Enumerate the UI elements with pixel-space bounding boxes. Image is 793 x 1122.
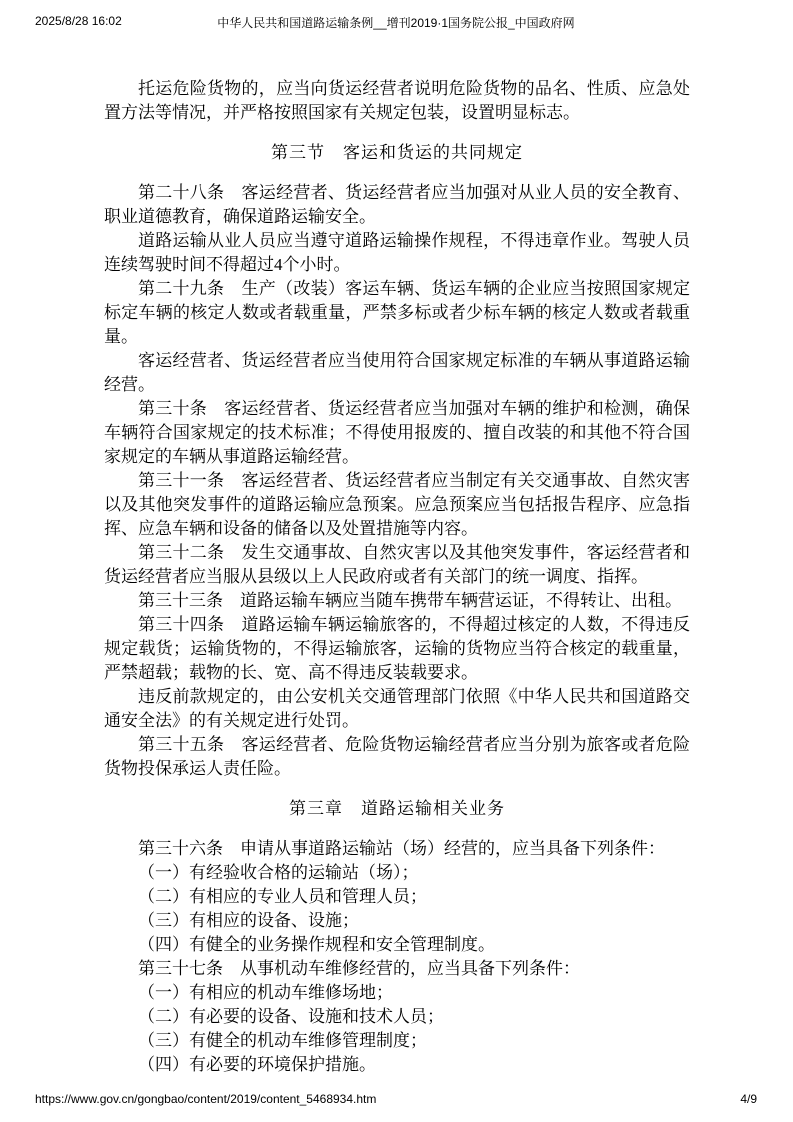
section-heading: 第三章 道路运输相关业务 xyxy=(104,797,690,821)
source-url: https://www.gov.cn/gongbao/content/2019/… xyxy=(35,1092,376,1106)
print-page: 中华人民共和国道路运输条例__增刊2019·1国务院公报_中国政府网 2025/… xyxy=(0,0,793,1122)
paragraph: 第三十四条 道路运输车辆运输旅客的，不得超过核定的人数，不得违反规定载货；运输货… xyxy=(104,613,690,685)
paragraph: 第三十一条 客运经营者、货运经营者应当制定有关交通事故、自然灾害以及其他突发事件… xyxy=(104,469,690,541)
paragraph: 托运危险货物的，应当向货运经营者说明危险货物的品名、性质、应急处置方法等情况，并… xyxy=(104,77,690,125)
paragraph: 客运经营者、货运经营者应当使用符合国家规定标准的车辆从事道路运输经营。 xyxy=(104,349,690,397)
paragraph: （四）有必要的环境保护措施。 xyxy=(104,1053,690,1077)
paragraph: 第三十二条 发生交通事故、自然灾害以及其他突发事件，客运经营者和货运经营者应当服… xyxy=(104,541,690,589)
print-datetime: 2025/8/28 16:02 xyxy=(35,14,122,28)
paragraph: （三）有相应的设备、设施； xyxy=(104,909,690,933)
section-heading: 第三节 客运和货运的共同规定 xyxy=(104,141,690,165)
print-footer: https://www.gov.cn/gongbao/content/2019/… xyxy=(35,1092,757,1106)
paragraph: （三）有健全的机动车维修管理制度； xyxy=(104,1029,690,1053)
print-header: 中华人民共和国道路运输条例__增刊2019·1国务院公报_中国政府网 2025/… xyxy=(35,14,757,30)
paragraph: （一）有相应的机动车维修场地； xyxy=(104,981,690,1005)
paragraph: 第三十三条 道路运输车辆应当随车携带车辆营运证，不得转让、出租。 xyxy=(104,589,690,613)
paragraph: 道路运输从业人员应当遵守道路运输操作规程，不得违章作业。驾驶人员连续驾驶时间不得… xyxy=(104,229,690,277)
paragraph: （四）有健全的业务操作规程和安全管理制度。 xyxy=(104,933,690,957)
page-title: 中华人民共和国道路运输条例__增刊2019·1国务院公报_中国政府网 xyxy=(35,14,757,31)
paragraph: 第三十条 客运经营者、货运经营者应当加强对车辆的维护和检测，确保车辆符合国家规定… xyxy=(104,397,690,469)
paragraph: 第二十八条 客运经营者、货运经营者应当加强对从业人员的安全教育、职业道德教育，确… xyxy=(104,181,690,229)
paragraph: 第三十七条 从事机动车维修经营的，应当具备下列条件： xyxy=(104,957,690,981)
paragraph: 第三十五条 客运经营者、危险货物运输经营者应当分别为旅客或者危险货物投保承运人责… xyxy=(104,733,690,781)
paragraph: 第二十九条 生产（改装）客运车辆、货运车辆的企业应当按照国家规定标定车辆的核定人… xyxy=(104,277,690,349)
paragraph: 违反前款规定的，由公安机关交通管理部门依照《中华人民共和国道路交通安全法》的有关… xyxy=(104,685,690,733)
paragraph: （二）有相应的专业人员和管理人员； xyxy=(104,885,690,909)
paragraph: （一）有经验收合格的运输站（场）； xyxy=(104,861,690,885)
page-number: 4/9 xyxy=(740,1092,757,1106)
document-content: 托运危险货物的，应当向货运经营者说明危险货物的品名、性质、应急处置方法等情况，并… xyxy=(104,77,690,1077)
paragraph: （二）有必要的设备、设施和技术人员； xyxy=(104,1005,690,1029)
paragraph: 第三十六条 申请从事道路运输站（场）经营的，应当具备下列条件： xyxy=(104,837,690,861)
